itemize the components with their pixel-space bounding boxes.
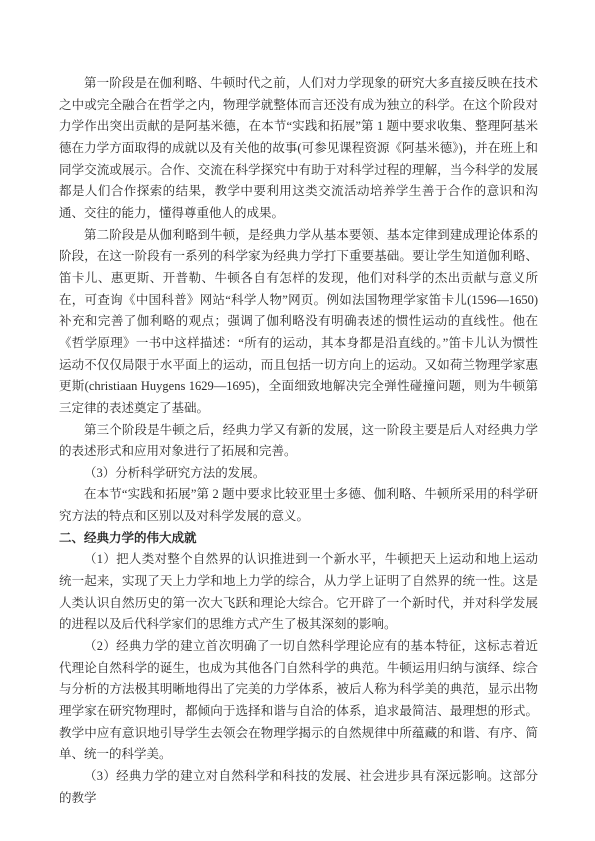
paragraph-stage-three: 第三个阶段是牛顿之后，经典力学又有新的发展，这一阶段主要是后人对经典力学的表述形… [59, 420, 538, 463]
paragraph-stage-two: 第二阶段是从伽利略到牛顿，是经典力学从基本要领、基本定律到建成理论体系的阶段，在… [59, 225, 538, 420]
text-content: 第一阶段是在伽利略、牛顿时代之前，人们对力学现象的研究大多直接反映在技术之中或完… [59, 73, 538, 809]
document-page: 第一阶段是在伽利略、牛顿时代之前，人们对力学现象的研究大多直接反映在技术之中或完… [0, 0, 595, 841]
section-heading-achievements: 二、经典力学的伟大成就 [59, 528, 538, 550]
paragraph-achievement-2: （2）经典力学的建立首次明确了一切自然科学理论应有的基本特征，这标志着近代理论自… [59, 636, 538, 766]
paragraph-analysis-methods: （3）分析科学研究方法的发展。 [59, 463, 538, 485]
paragraph-achievement-3: （3）经典力学的建立对自然科学和科技的发展、社会进步具有深远影响。这部分的教学 [59, 766, 538, 809]
paragraph-achievement-1: （1）把人类对整个自然界的认识推进到一个新水平，牛顿把天上运动和地上运动统一起来… [59, 549, 538, 636]
paragraph-stage-one: 第一阶段是在伽利略、牛顿时代之前，人们对力学现象的研究大多直接反映在技术之中或完… [59, 73, 538, 225]
paragraph-practice-question: 在本节“实践和拓展”第 2 题中要求比较亚里士多德、伽利略、牛顿所采用的科学研究… [59, 484, 538, 527]
